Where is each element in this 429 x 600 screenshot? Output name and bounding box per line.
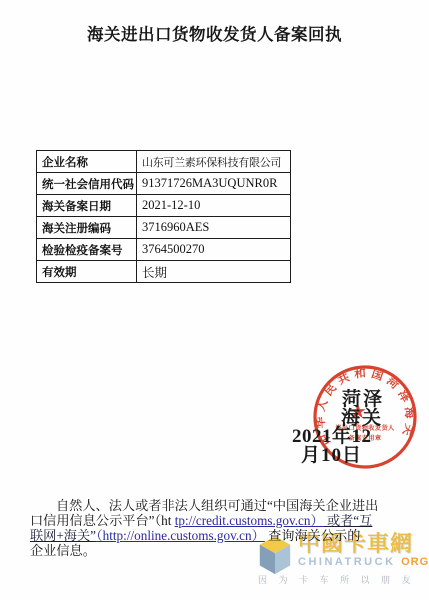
- table-row: 统一社会信用代码 91371726MA3UQUNR0R: [37, 173, 291, 195]
- footer-line: 企业信息。: [30, 543, 415, 558]
- table-row: 企业名称 山东可兰素环保科技有限公司: [37, 151, 291, 173]
- seal-overprint-date: 月10日: [301, 440, 362, 467]
- row-label: 企业名称: [37, 151, 137, 173]
- table-row: 海关注册编码 3716960AES: [37, 217, 291, 239]
- footer-note: 自然人、法人或者非法人组织可通过“中国海关企业进出 口信用信息公示平台”（ht …: [30, 498, 415, 558]
- row-value: 长期: [137, 261, 291, 283]
- document-title: 海关进出口货物收发货人备案回执: [0, 21, 429, 45]
- row-label: 海关备案日期: [37, 195, 137, 217]
- credit-customs-link[interactable]: tp://credit.customs.gov.cn）: [175, 513, 324, 528]
- row-label: 海关注册编码: [37, 217, 137, 239]
- footer-line: 联网+海关”（http://online.customs.gov.cn） 查询海…: [30, 528, 415, 543]
- registration-table: 企业名称 山东可兰素环保科技有限公司 统一社会信用代码 91371726MA3U…: [36, 150, 291, 283]
- footer-line: 口信用信息公示平台”（ht tp://credit.customs.gov.cn…: [30, 513, 415, 528]
- table-row: 海关备案日期 2021-12-10: [37, 195, 291, 217]
- row-label: 统一社会信用代码: [37, 173, 137, 195]
- table-row: 检验检疫备案号 3764500270: [37, 239, 291, 261]
- row-label: 检验检疫备案号: [37, 239, 137, 261]
- row-value: 3764500270: [137, 239, 291, 261]
- footer-line: 自然人、法人或者非法人组织可通过“中国海关企业进出: [30, 498, 415, 513]
- row-value: 3716960AES: [137, 217, 291, 239]
- table-row: 有效期 长期: [37, 261, 291, 283]
- row-label: 有效期: [37, 261, 137, 283]
- footer-text-segment: 查询海关公示的: [265, 528, 361, 543]
- row-value: 山东可兰素环保科技有限公司: [137, 151, 291, 173]
- row-value: 2021-12-10: [137, 195, 291, 217]
- online-customs-link[interactable]: （http://online.customs.gov.cn）: [96, 528, 265, 543]
- footer-text-segment: 或者“互: [324, 513, 373, 528]
- row-value: 91371726MA3UQUNR0R: [137, 173, 291, 195]
- document-page: 海关进出口货物收发货人备案回执 企业名称 山东可兰素环保科技有限公司 统一社会信…: [0, 0, 429, 600]
- footer-text-segment: 联网+海关”: [30, 528, 96, 543]
- footer-text-segment: 口信用信息公示平台”（ht: [30, 513, 175, 528]
